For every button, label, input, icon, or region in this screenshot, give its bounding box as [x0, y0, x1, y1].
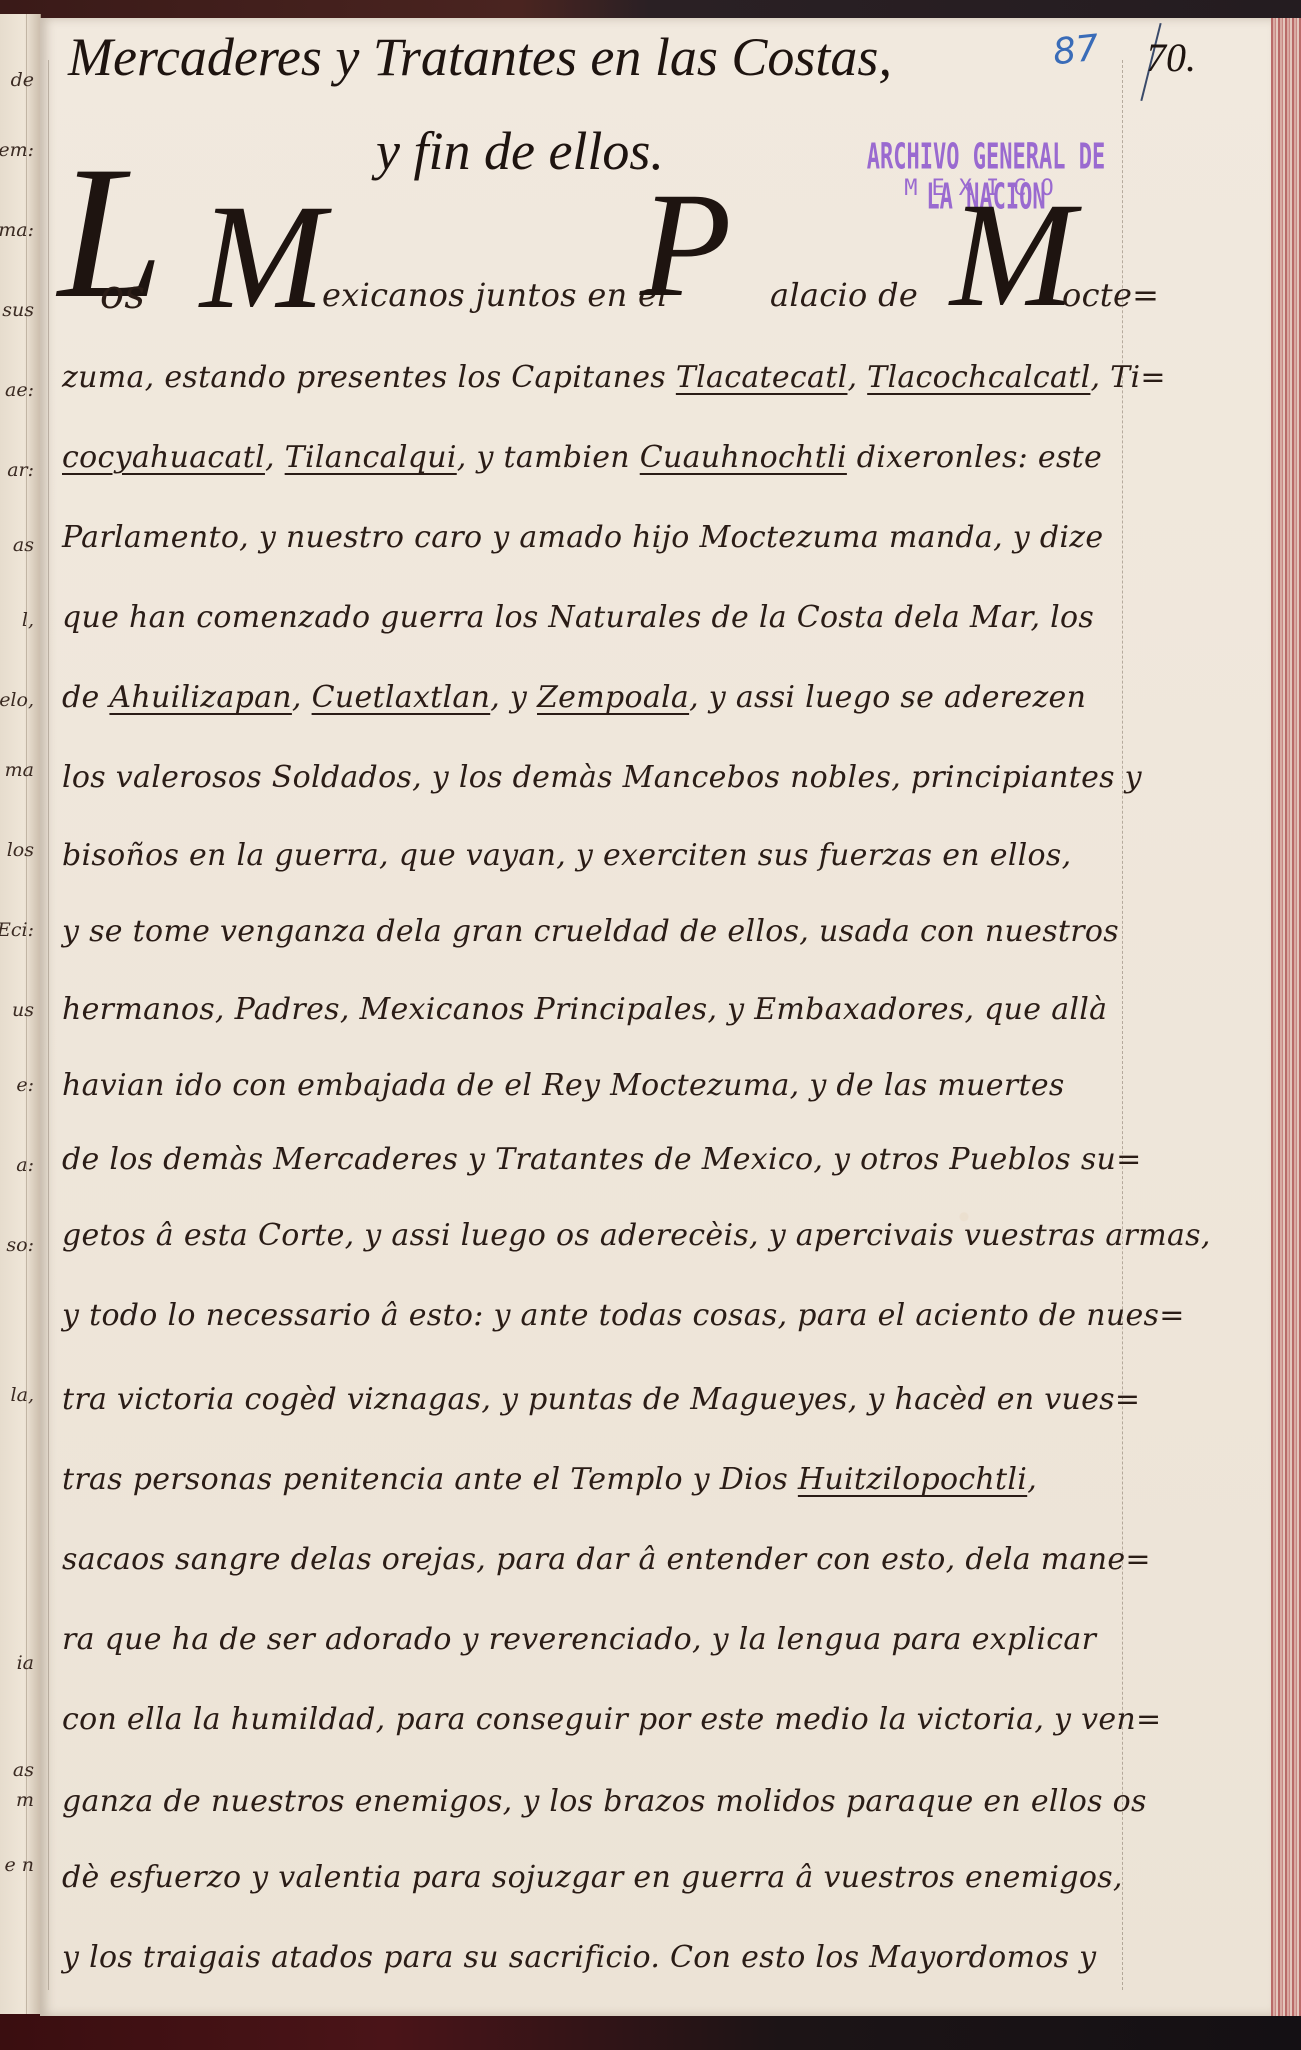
previous-page-fragment: Eci: — [0, 919, 34, 941]
previous-page-fragment: l, — [22, 609, 34, 631]
previous-page-fragment: ma — [5, 759, 34, 781]
previous-page-fragment: Zem: — [0, 139, 34, 161]
previous-page-fragment: m — [16, 1789, 34, 1811]
line-text: , y tambien — [457, 440, 640, 475]
line-text: , y — [490, 680, 537, 715]
underlined-name: Cuauhnochtli — [640, 440, 847, 475]
book-binding-bottom — [0, 2010, 1301, 2050]
line-text: , — [265, 440, 285, 475]
line-text: , — [292, 680, 312, 715]
previous-page-fragment: as — [13, 1759, 34, 1781]
body-line: tras personas penitencia ante el Templo … — [62, 1462, 1037, 1497]
underlined-name: Tilancalqui — [285, 440, 457, 475]
underlined-name: Cuetlaxtlan — [312, 680, 491, 715]
line-text: dixeronles: este — [847, 440, 1102, 475]
previous-page-fragment: as — [13, 534, 34, 556]
previous-page-fragment: de — [11, 69, 34, 91]
opening-text-b: alacio de — [770, 276, 918, 314]
body-line: y todo lo necessario â esto: y ante toda… — [62, 1298, 1185, 1333]
body-line: tra victoria cogèd viznagas, y puntas de… — [62, 1382, 1140, 1417]
body-line: dè esfuerzo y valentia para sojuzgar en … — [62, 1860, 1123, 1895]
body-line: Parlamento, y nuestro caro y amado hijo … — [62, 520, 1103, 555]
decorated-initial-P: P — [640, 170, 732, 320]
line-text: , — [1027, 1462, 1037, 1497]
body-line: cocyahuacatl, Tilancalqui, y tambien Cua… — [62, 440, 1102, 475]
previous-page-fragment: a: — [16, 1154, 34, 1176]
line-text: de — [62, 680, 109, 715]
underlined-name: Tlacatecatl — [676, 360, 848, 395]
previous-page-fragment: ia — [17, 1652, 34, 1674]
line-text: zuma, estando presentes los Capitanes — [62, 360, 676, 395]
body-line: y los traigais atados para su sacrificio… — [62, 1940, 1096, 1975]
left-margin-rule — [48, 60, 49, 1990]
line-text: , y assi luego se aderezen — [689, 680, 1086, 715]
previous-page-fragment: ar: — [7, 459, 34, 481]
page-edges-red — [1271, 18, 1301, 2016]
previous-page-edge: de Zem: ma: sus ae: ar: as l, Cielo, ma … — [0, 14, 41, 2014]
opening-word-os: os — [100, 272, 145, 318]
underlined-name: Huitzilopochtli — [798, 1462, 1027, 1497]
body-line: los valerosos Soldados, y los demàs Manc… — [62, 760, 1142, 795]
body-line: havian ido con embajada de el Rey Moctez… — [62, 1068, 1065, 1103]
underlined-name: Tlacochcalcatl — [867, 360, 1090, 395]
folio-number: 70. — [1146, 34, 1196, 81]
previous-page-fragment: e n — [4, 1854, 34, 1876]
previous-page-fragment: ma: — [0, 219, 34, 241]
opening-text-c: octe= — [1062, 276, 1159, 314]
right-margin-rule — [1122, 60, 1124, 1990]
previous-page-fragment: so: — [6, 1234, 34, 1256]
line-text: tras personas penitencia ante el Templo … — [62, 1462, 798, 1497]
pencil-page-number: 87 — [1051, 28, 1101, 74]
previous-page-fragment: ae: — [5, 379, 34, 401]
underlined-name: Zempoala — [537, 680, 689, 715]
underlined-name: Ahuilizapan — [109, 680, 292, 715]
previous-page-fragment: sus — [2, 299, 34, 321]
line-text: , Ti= — [1090, 360, 1165, 395]
body-line: sacaos sangre delas orejas, para dar â e… — [62, 1542, 1151, 1577]
body-line: hermanos, Padres, Mexicanos Principales,… — [62, 992, 1107, 1027]
body-line: con ella la humildad, para conseguir por… — [62, 1702, 1161, 1737]
opening-text-a: exicanos juntos en el — [322, 276, 668, 314]
previous-page-fragment: Cielo, — [0, 689, 34, 711]
body-line: de los demàs Mercaderes y Tratantes de M… — [62, 1142, 1142, 1177]
decorated-initial-M: M — [200, 182, 325, 332]
decorated-initial-M2: M — [950, 180, 1075, 330]
body-line: ganza de nuestros enemigos, y los brazos… — [62, 1784, 1147, 1819]
title-line-1: Mercaderes y Tratantes en las Costas, — [68, 26, 892, 88]
previous-page-fragment: los — [7, 839, 34, 861]
previous-page-fragment: e: — [16, 1074, 34, 1096]
body-line: zuma, estando presentes los Capitanes Tl… — [62, 360, 1166, 395]
body-line: bisoños en la guerra, que vayan, y exerc… — [62, 838, 1071, 873]
line-text: , — [847, 360, 867, 395]
underlined-name: cocyahuacatl — [62, 440, 265, 475]
body-line: y se tome venganza dela gran crueldad de… — [62, 914, 1119, 949]
body-line: ra que ha de ser adorado y reverenciado,… — [62, 1622, 1096, 1657]
body-line: que han comenzado guerra los Naturales d… — [62, 600, 1094, 635]
previous-page-fragment: us — [12, 999, 34, 1021]
previous-page-fragment: la, — [11, 1384, 34, 1406]
body-line: getos â esta Corte, y assi luego os ader… — [62, 1218, 1211, 1253]
title-line-2: y fin de ellos. — [376, 120, 664, 182]
body-line: de Ahuilizapan, Cuetlaxtlan, y Zempoala,… — [62, 680, 1086, 715]
